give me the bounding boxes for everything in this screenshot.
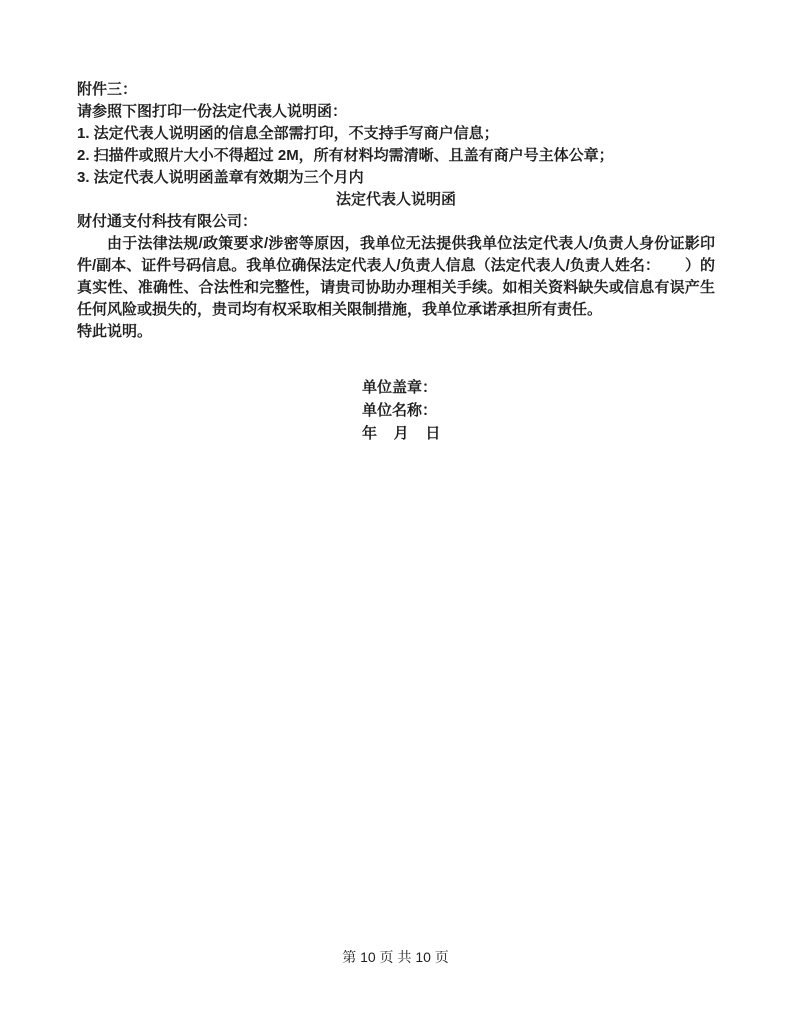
document-page: 附件三： 请参照下图打印一份法定代表人说明函： 1. 法定代表人说明函的信息全部… [0, 0, 791, 1024]
date-line: 年 月 日 [362, 422, 715, 445]
document-content: 附件三： 请参照下图打印一份法定代表人说明函： 1. 法定代表人说明函的信息全部… [0, 0, 791, 445]
page-footer: 第 10 页 共 10 页 [0, 947, 791, 967]
unit-name-label: 单位名称： [362, 399, 715, 422]
attachment-heading: 附件三： [77, 79, 715, 101]
instruction-item-1: 1. 法定代表人说明函的信息全部需打印，不支持手写商户信息； [77, 123, 715, 145]
letter-salutation: 财付通支付科技有限公司： [77, 211, 715, 233]
letter-title: 法定代表人说明函 [77, 189, 715, 211]
intro-line: 请参照下图打印一份法定代表人说明函： [77, 101, 715, 123]
unit-seal-label: 单位盖章： [362, 376, 715, 399]
letter-closing: 特此说明。 [77, 321, 715, 343]
instruction-item-2: 2. 扫描件或照片大小不得超过 2M，所有材料均需清晰、且盖有商户号主体公章； [77, 145, 715, 167]
page-indicator: 第 10 页 共 10 页 [342, 949, 449, 965]
instruction-list: 1. 法定代表人说明函的信息全部需打印，不支持手写商户信息； 2. 扫描件或照片… [77, 123, 715, 189]
letter-body: 由于法律法规/政策要求/涉密等原因，我单位无法提供我单位法定代表人/负责人身份证… [77, 233, 715, 321]
instruction-item-3: 3. 法定代表人说明函盖章有效期为三个月内 [77, 167, 715, 189]
signature-block: 单位盖章： 单位名称： 年 月 日 [362, 376, 715, 445]
